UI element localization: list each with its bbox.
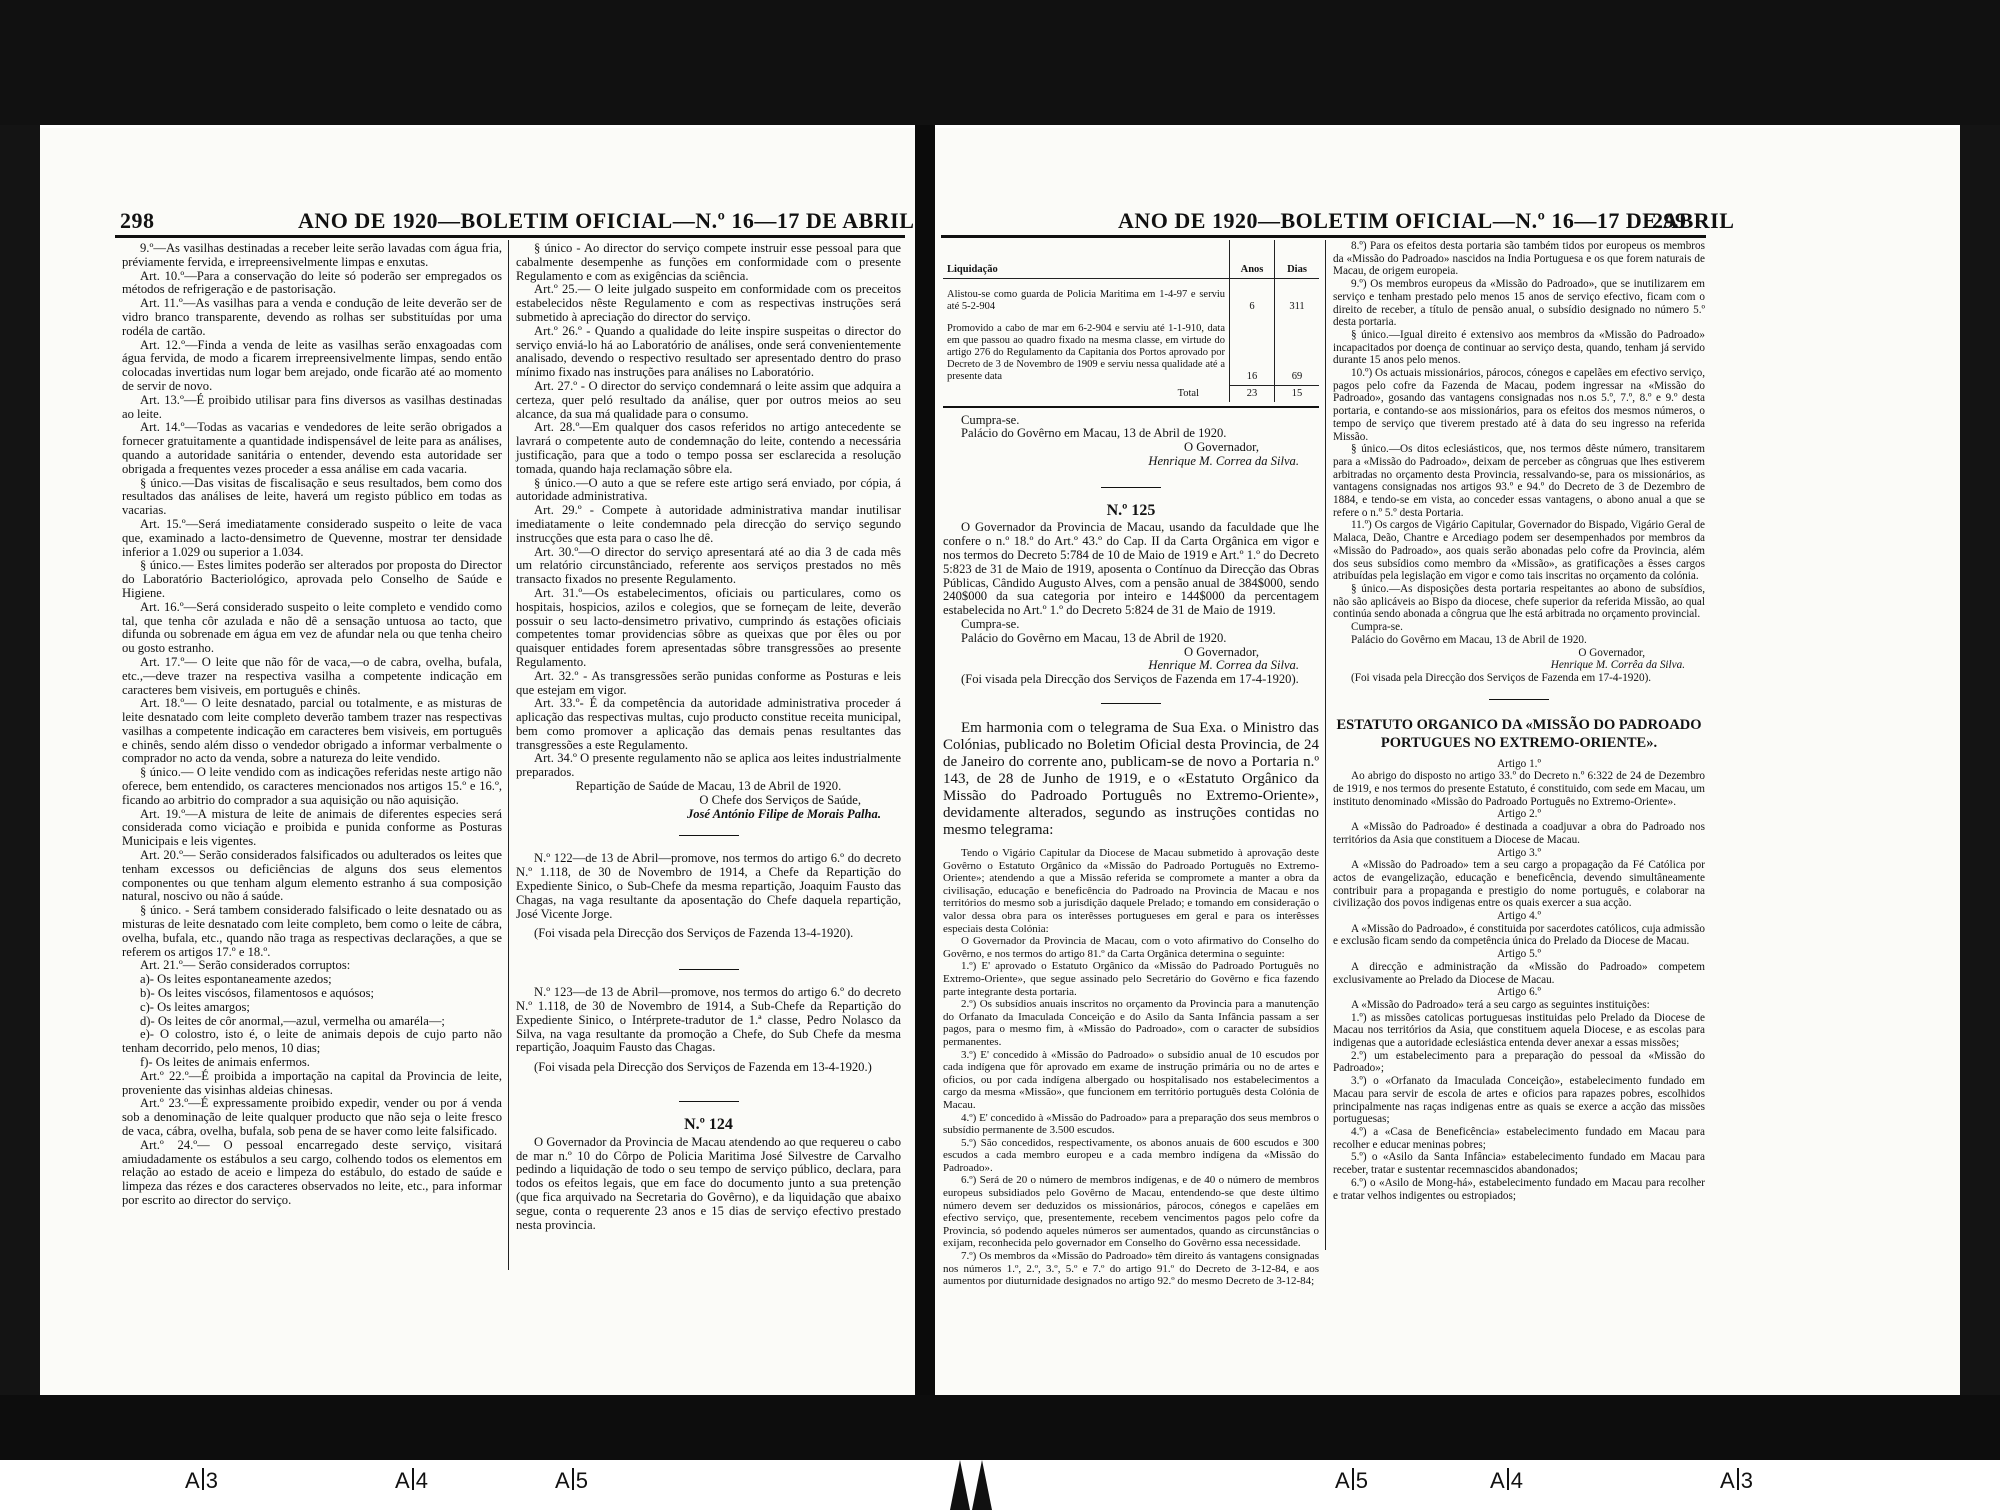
article-paragraph: § único.— Estes limites poderão ser alte… bbox=[122, 559, 502, 600]
right-page-column-2: 8.º) Para os efeitos desta portaria são … bbox=[1333, 240, 1705, 1202]
microfilm-top-border bbox=[0, 0, 2000, 125]
portaria-143: Tendo o Vigário Capitular da Diocese de … bbox=[943, 847, 1319, 1288]
artigo-heading: Artigo 5.º bbox=[1333, 948, 1705, 961]
signoff-place-date: Palácio do Govêrno em Macau, 13 de Abril… bbox=[943, 427, 1319, 441]
table-total-row: Total 23 15 bbox=[943, 385, 1319, 402]
article-paragraph: b)- Os leites viscósos, filamentosos e a… bbox=[122, 987, 502, 1001]
signoff-role: O Chefe dos Serviços de Saúde, bbox=[516, 794, 901, 808]
row-dias: 311 bbox=[1275, 279, 1320, 316]
regulamento-articles: § único - Ao director do serviço compete… bbox=[516, 242, 901, 780]
column-divider bbox=[1325, 240, 1326, 1250]
microfilm-right-edge bbox=[1960, 125, 2000, 1395]
signoff-place-date: Repartição de Saúde de Macau, 13 de Abri… bbox=[516, 780, 901, 794]
signoff-role: O Governador, bbox=[1333, 647, 1705, 660]
article-paragraph: § único - Ao director do serviço compete… bbox=[516, 242, 901, 283]
artigo-text: A «Missão do Padroado» tem a seu cargo a… bbox=[1333, 859, 1705, 910]
portaria-paragraph: 11.º) Os cargos de Vigário Capitular, Go… bbox=[1333, 519, 1705, 583]
running-header-left: 298 ANO DE 1920—BOLETIM OFICIAL—N.º 16—1… bbox=[40, 208, 915, 236]
row-dias: 69 bbox=[1275, 315, 1320, 385]
film-notch-left bbox=[950, 1460, 970, 1510]
portaria-paragraph: 2.º) Os subsídios anuais inscritos no or… bbox=[943, 998, 1319, 1048]
film-marker: A4 bbox=[1490, 1468, 1523, 1494]
notice-n123: N.º 123—de 13 de Abril—promove, nos term… bbox=[516, 986, 901, 1055]
section-separator bbox=[1101, 487, 1161, 488]
article-paragraph: Art. 15.º—Será imediatamente considerado… bbox=[122, 518, 502, 559]
table-row: Alistou-se como guarda de Policia Mariti… bbox=[943, 279, 1319, 316]
portaria-paragraph: 9.º) Os membros europeus da «Missão do P… bbox=[1333, 278, 1705, 329]
signoff-name: Henrique M. Correa da Silva. bbox=[943, 455, 1319, 469]
portaria-paragraph: § único.—As disposições desta portaria r… bbox=[1333, 583, 1705, 621]
article-paragraph: 9.º—As vasilhas destinadas a receber lei… bbox=[122, 242, 502, 270]
artigo-heading: Artigo 1.º bbox=[1333, 758, 1705, 771]
article-paragraph: Art. 17.º— O leite que não fôr de vaca,—… bbox=[122, 656, 502, 697]
article-paragraph: § único.—O auto a que se refere este art… bbox=[516, 477, 901, 505]
notice-n122: N.º 122—de 13 de Abril—promove, nos term… bbox=[516, 852, 901, 921]
section-separator bbox=[1489, 699, 1549, 700]
artigo-6-item: 3.º) o «Orfanato da Imaculada Conceição»… bbox=[1333, 1075, 1705, 1126]
portaria-paragraph: § único.—Igual direito é extensivo aos m… bbox=[1333, 329, 1705, 367]
article-paragraph: a)- Os leites espontaneamente azedos; bbox=[122, 973, 502, 987]
microfilm-left-edge bbox=[0, 125, 40, 1395]
signoff-name: José António Filipe de Morais Palha. bbox=[516, 808, 901, 822]
artigo-6-items: 1.º) as missões catolicas portuguesas in… bbox=[1333, 1012, 1705, 1203]
article-paragraph: Art. 20.º— Serão considerados falsificad… bbox=[122, 849, 502, 904]
col2-visa: (Foi visada pela Direcção dos Serviços d… bbox=[1333, 672, 1705, 685]
row-anos: 6 bbox=[1230, 279, 1275, 316]
artigo-6-item: 6.º) o «Asilo de Mong-há», estabelecimen… bbox=[1333, 1177, 1705, 1202]
artigo-text: A «Missão do Padroado» é destinada a coa… bbox=[1333, 821, 1705, 846]
portaria-paragraph: § único.—Os ditos eclesiásticos, que, no… bbox=[1333, 443, 1705, 519]
article-paragraph: Art. 29.º - Compete à autoridade adminis… bbox=[516, 504, 901, 545]
article-paragraph: Art. 30.º—O director do serviço apresent… bbox=[516, 546, 901, 587]
harmonia-paragraph: Em harmonia com o telegrama de Sua Exa. … bbox=[943, 720, 1319, 839]
portaria-paragraph: O Governador da Provincia de Macau, com … bbox=[943, 935, 1319, 960]
portaria-paragraph: 7.º) Os membros da «Missão do Padroado» … bbox=[943, 1250, 1319, 1288]
estatuto-title: ESTATUTO ORGANICO DA «MISSÃO DO PADROADO… bbox=[1333, 716, 1705, 752]
portaria-paragraph: 10.º) Os actuais missionários, párocos, … bbox=[1333, 367, 1705, 443]
article-paragraph: Art. 11.º—As vasilhas para a venda e con… bbox=[122, 297, 502, 338]
portaria-paragraph: 4.º) E' concedido à «Missão do Padroado»… bbox=[943, 1112, 1319, 1137]
table-row: Promovido a cabo de mar em 6-2-904 e ser… bbox=[943, 315, 1319, 385]
article-paragraph: Art. 33.º- É da competência da autoridad… bbox=[516, 697, 901, 752]
running-head: ANO DE 1920—BOLETIM OFICIAL—N.º 16—17 DE… bbox=[1118, 208, 1734, 234]
artigo-heading: Artigo 6.º bbox=[1333, 986, 1705, 999]
running-head: ANO DE 1920—BOLETIM OFICIAL—N.º 16—17 DE… bbox=[298, 208, 914, 234]
section-separator bbox=[679, 969, 739, 970]
signoff-role: O Governador, bbox=[943, 441, 1319, 455]
n122-visa: (Foi visada pela Direcção dos Serviços d… bbox=[516, 927, 901, 941]
left-page-column-2: § único - Ao director do serviço compete… bbox=[516, 242, 901, 1232]
article-paragraph: Art.º 22.º—É proibida a importação na ca… bbox=[122, 1070, 502, 1098]
row-description: Alistou-se como guarda de Policia Mariti… bbox=[943, 279, 1230, 316]
article-paragraph: Art.º 26.º - Quando a qualidade do leite… bbox=[516, 325, 901, 380]
portaria-paragraph: 1.º) E' aprovado o Estatuto Orgânico da … bbox=[943, 960, 1319, 998]
section-separator bbox=[1101, 703, 1161, 704]
cumpra-se: Cumpra-se. bbox=[943, 414, 1319, 428]
book-gutter bbox=[915, 125, 935, 1415]
article-paragraph: Art.º 25.— O leite julgado suspeito em c… bbox=[516, 283, 901, 324]
article-paragraph: Art. 19.º—A mistura de leite de animais … bbox=[122, 808, 502, 849]
film-marker: A3 bbox=[185, 1468, 218, 1494]
n122-text: N.º 122—de 13 de Abril—promove, nos term… bbox=[516, 851, 901, 920]
portaria-paragraph: 3.º) E' concedido à «Missão do Padroado»… bbox=[943, 1049, 1319, 1112]
article-paragraph: § único. - Será tambem considerado falsi… bbox=[122, 904, 502, 959]
signoff-name: Henrique M. Corrêa da Silva. bbox=[1333, 659, 1705, 672]
article-paragraph: Art.º 24.º— O pessoal encarregado deste … bbox=[122, 1139, 502, 1208]
page-number: 299 bbox=[1652, 208, 1687, 234]
article-paragraph: Art. 21.º— Serão considerados corruptos: bbox=[122, 959, 502, 973]
signoff-place-date: Palácio do Govêrno em Macau, 13 de Abril… bbox=[1333, 634, 1705, 647]
portaria-paragraph: Tendo o Vigário Capitular da Diocese de … bbox=[943, 847, 1319, 935]
signoff-role: O Governador, bbox=[943, 646, 1319, 660]
article-paragraph: c)- Os leites amargos; bbox=[122, 1001, 502, 1015]
artigo-heading: Artigo 2.º bbox=[1333, 808, 1705, 821]
article-paragraph: Art.º 23.º—É expressamente proibido expe… bbox=[122, 1097, 502, 1138]
n125-visa: (Foi visada pela Direcção dos Serviços d… bbox=[943, 673, 1319, 687]
n123-visa: (Foi visada pela Direcção dos Serviços d… bbox=[516, 1061, 901, 1075]
article-paragraph: Art. 10.º—Para a conservação do leite só… bbox=[122, 270, 502, 298]
artigo-6-item: 4.º) a «Casa de Beneficência» estabeleci… bbox=[1333, 1126, 1705, 1151]
film-marker: A3 bbox=[1720, 1468, 1753, 1494]
cumpra-se: Cumpra-se. bbox=[943, 618, 1319, 632]
article-paragraph: Art. 16.º—Será considerado suspeito o le… bbox=[122, 601, 502, 656]
portaria-paragraph: 8.º) Para os efeitos desta portaria são … bbox=[1333, 240, 1705, 278]
film-notch-right bbox=[972, 1460, 992, 1510]
article-paragraph: § único.—Das visitas de fiscalisação e s… bbox=[122, 477, 502, 518]
article-paragraph: Art. 28.º—Em qualquer dos casos referido… bbox=[516, 421, 901, 476]
row-description: Promovido a cabo de mar em 6-2-904 e ser… bbox=[943, 315, 1230, 385]
article-paragraph: Art. 13.º—É proibido utilisar para fins … bbox=[122, 394, 502, 422]
table-bottom-rule bbox=[943, 406, 1319, 408]
total-dias: 15 bbox=[1275, 385, 1320, 402]
signoff-name: Henrique M. Correa da Silva. bbox=[943, 659, 1319, 673]
total-anos: 23 bbox=[1230, 385, 1275, 402]
liquidacao-table: Liquidação Anos Dias Alistou-se como gua… bbox=[943, 240, 1319, 402]
film-marker: A5 bbox=[1335, 1468, 1368, 1494]
film-marker: A4 bbox=[395, 1468, 428, 1494]
artigo-6-item: 1.º) as missões catolicas portuguesas in… bbox=[1333, 1012, 1705, 1050]
artigo-text: A direcção e administração da «Missão do… bbox=[1333, 961, 1705, 986]
n124-text: O Governador da Provincia de Macau atend… bbox=[516, 1136, 901, 1233]
column-divider bbox=[508, 240, 509, 1270]
article-paragraph: d)- Os leites de côr anormal,—azul, verm… bbox=[122, 1015, 502, 1029]
estatuto-title-line2: PORTUGUES NO EXTREMO-ORIENTE». bbox=[1333, 734, 1705, 752]
row-anos: 16 bbox=[1230, 315, 1275, 385]
n125-title: N.º 125 bbox=[943, 504, 1319, 518]
header-rule bbox=[941, 235, 1706, 238]
artigo-text: Ao abrigo do disposto no artigo 33.º do … bbox=[1333, 770, 1705, 808]
artigo-6-item: 2.º) um estabelecimento para a preparaçã… bbox=[1333, 1050, 1705, 1075]
artigo-6-item: 5.º) o «Asilo da Santa Infância» estabel… bbox=[1333, 1151, 1705, 1176]
article-paragraph: f)- Os leites de animais enfermos. bbox=[122, 1056, 502, 1070]
left-page-column-1: 9.º—As vasilhas destinadas a receber lei… bbox=[122, 242, 502, 1208]
page-number: 298 bbox=[120, 208, 155, 234]
cumpra-se: Cumpra-se. bbox=[1333, 621, 1705, 634]
right-page-column-1: Liquidação Anos Dias Alistou-se como gua… bbox=[943, 240, 1319, 1288]
section-separator bbox=[679, 1101, 739, 1102]
article-paragraph: Art. 12.º—Finda a venda de leite as vasi… bbox=[122, 339, 502, 394]
left-page-298: 298 ANO DE 1920—BOLETIM OFICIAL—N.º 16—1… bbox=[40, 128, 915, 1396]
dias-header: Dias bbox=[1275, 240, 1320, 279]
header-rule bbox=[115, 235, 905, 238]
article-paragraph: Art. 18.º— O leite desnatado, parcial ou… bbox=[122, 697, 502, 766]
anos-header: Anos bbox=[1230, 240, 1275, 279]
artigo-heading: Artigo 3.º bbox=[1333, 847, 1705, 860]
right-page-299: ANO DE 1920—BOLETIM OFICIAL—N.º 16—17 DE… bbox=[935, 128, 1960, 1396]
microfilm-bottom-border bbox=[0, 1395, 2000, 1460]
estatuto-title-line1: ESTATUTO ORGANICO DA «MISSÃO DO PADROADO bbox=[1333, 716, 1705, 734]
artigo-heading: Artigo 4.º bbox=[1333, 910, 1705, 923]
article-paragraph: Art. 34.º O presente regulamento não se … bbox=[516, 752, 901, 780]
portaria-paragraph: 5.º) São concedidos, respectivamente, os… bbox=[943, 1137, 1319, 1175]
portaria-continuation: 8.º) Para os efeitos desta portaria são … bbox=[1333, 240, 1705, 621]
film-marker: A5 bbox=[555, 1468, 588, 1494]
artigo-text: A «Missão do Padroado», é constituida po… bbox=[1333, 923, 1705, 948]
n125-text: O Governador da Provincia de Macau, usan… bbox=[943, 521, 1319, 618]
liquidacao-header: Liquidação bbox=[943, 240, 1230, 279]
running-header-right: ANO DE 1920—BOLETIM OFICIAL—N.º 16—17 DE… bbox=[935, 208, 1960, 236]
section-separator bbox=[679, 835, 739, 836]
estatuto-articles: Artigo 1.ºAo abrigo do disposto no artig… bbox=[1333, 758, 1705, 1012]
signoff-place-date: Palácio do Govêrno em Macau, 13 de Abril… bbox=[943, 632, 1319, 646]
article-paragraph: Art. 27.º - O director do serviço condem… bbox=[516, 380, 901, 421]
article-paragraph: e)- O colostro, isto é, o leite de anima… bbox=[122, 1028, 502, 1056]
n124-title: N.º 124 bbox=[516, 1118, 901, 1132]
article-paragraph: Art. 31.º—Os estabelecimentos, oficiais … bbox=[516, 587, 901, 670]
article-paragraph: Art. 14.º—Todas as vacarias e vendedores… bbox=[122, 421, 502, 476]
artigo-text: A «Missão do Padroado» terá a seu cargo … bbox=[1333, 999, 1705, 1012]
article-paragraph: Art. 32.º - As transgressões serão punid… bbox=[516, 670, 901, 698]
article-paragraph: § único.— O leite vendido com as indicaç… bbox=[122, 766, 502, 807]
total-label: Total bbox=[943, 385, 1230, 402]
portaria-paragraph: 6.º) Será de 20 o número de membros indí… bbox=[943, 1174, 1319, 1250]
